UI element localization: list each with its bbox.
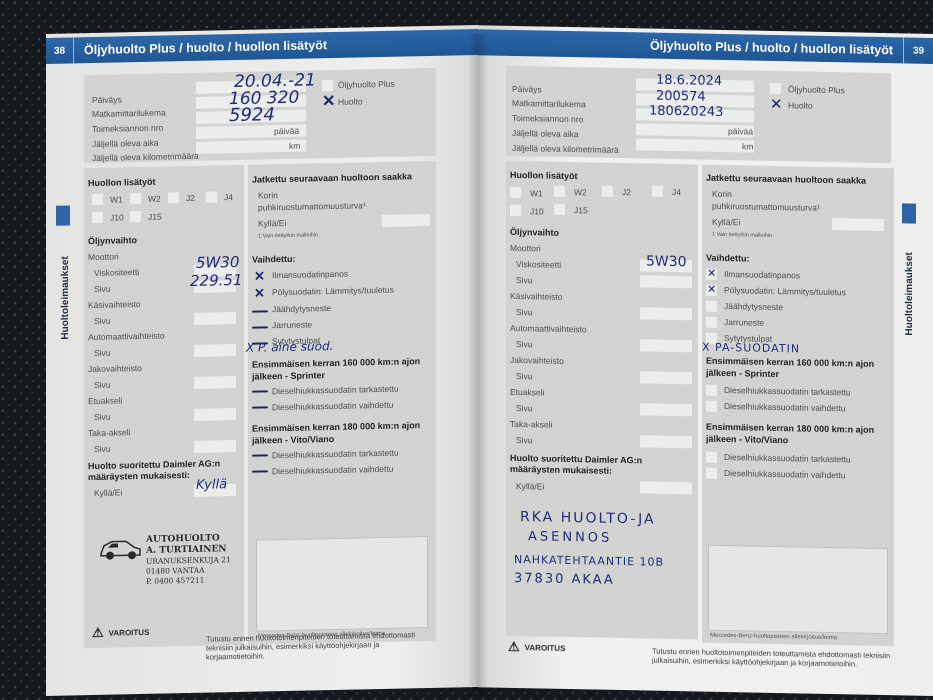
page-title: Öljyhuolto Plus / huolto / huollon lisät…	[650, 39, 893, 58]
brake-fluid-dash-mark	[252, 326, 268, 328]
transfer-case-page-field[interactable]	[640, 371, 692, 384]
warning-label: VAROITUS	[109, 627, 150, 637]
j10-checkbox[interactable]	[510, 205, 521, 216]
page-title: Öljyhuolto Plus / huolto / huollon lisät…	[74, 38, 327, 57]
footer-text: Tutustu ennen huoltotoimenpiteiden toteu…	[206, 630, 436, 662]
workshop-stamp: AUTOHUOLTO A. TURTIAINEN URANUKSENKUJA 2…	[146, 533, 231, 587]
viscosity-label: Viskositeetti	[94, 267, 139, 278]
front-axle-page-field[interactable]	[640, 403, 692, 416]
brake-fluid-label: Jarruneste	[272, 319, 312, 330]
footnote: 1 Vain tiettyihin malleihin.	[712, 232, 774, 239]
engine-page-handwritten: 229.51	[190, 271, 243, 290]
daimler-yes-no-field[interactable]	[640, 481, 692, 494]
coolant-checkbox[interactable]	[706, 301, 717, 312]
date-handwritten: 18.6.2024	[656, 73, 722, 89]
rust-warranty-label: Korin puhkiruostumattomuusturva¹	[712, 188, 822, 214]
handwritten-note: X P. aine suod.	[246, 339, 333, 355]
cabin-filter-x-mark: ✕	[707, 285, 716, 296]
vito-dpf-replaced-checkbox[interactable]	[706, 468, 717, 479]
service-checkmark-x: ✕	[770, 99, 783, 110]
viscosity-label: Viskositeetti	[516, 259, 561, 270]
transfer-case-page-field[interactable]	[194, 376, 236, 389]
remaining-time-label: Jäljellä oleva aika	[92, 138, 159, 149]
top-fields-panel: Päiväys Matkamittarilukema Toimeksiannon…	[506, 66, 891, 163]
engine-page-label: Sivu	[516, 275, 533, 285]
remaining-km-label: Jäljellä oleva kilometrimäärä	[92, 151, 199, 163]
oil-service-plus-checkbox[interactable]	[322, 80, 333, 91]
w2-checkbox[interactable]	[130, 193, 141, 204]
j4-checkbox[interactable]	[652, 186, 663, 197]
w2-checkbox[interactable]	[554, 186, 565, 197]
transfer-case-label: Jakovaihteisto	[510, 355, 564, 366]
j15-label: J15	[148, 212, 162, 222]
rear-axle-label: Taka-akseli	[88, 427, 131, 438]
section-tab-label: Huoltoleimaukset	[60, 256, 71, 340]
order-number-label: Toimeksiannon nro	[92, 123, 163, 134]
j10-checkbox[interactable]	[92, 212, 103, 223]
warning-triangle-icon: ⚠	[508, 639, 520, 655]
manual-gearbox-page-field[interactable]	[194, 312, 236, 325]
transfer-case-label: Jakovaihteisto	[88, 363, 142, 374]
warning: ⚠ VAROITUS	[92, 624, 149, 641]
oil-service-plus-label: Öljyhuolto Plus	[788, 84, 845, 95]
continued-title: Jatkettu seuraavaan huoltoon saakka	[252, 171, 412, 184]
page-38: 38 Öljyhuolto Plus / huolto / huollon li…	[46, 25, 478, 696]
w1-label: W1	[110, 194, 123, 204]
automatic-gearbox-page-field[interactable]	[194, 344, 236, 357]
rear-axle-label: Taka-akseli	[510, 419, 553, 430]
workshop-handwritten-line3: NAHKATEHTAANTIE 10B	[514, 553, 664, 569]
j2-checkbox[interactable]	[168, 192, 179, 203]
car-stamp-icon	[98, 535, 142, 562]
rear-axle-page-field[interactable]	[640, 435, 692, 448]
j2-label: J2	[622, 187, 631, 197]
km-unit: km	[742, 141, 753, 151]
air-filter-label: Ilmansuodatinpanos	[272, 269, 348, 281]
engine-page-label: Sivu	[94, 284, 111, 294]
page-number: 39	[903, 37, 933, 64]
warning: ⚠ VAROITUS	[508, 639, 565, 656]
extra-work-title: Huollon lisätyöt	[510, 170, 578, 181]
rust-warranty-field[interactable]	[832, 218, 884, 231]
replaced-title: Vaihdettu:	[252, 254, 296, 265]
daimler-handwritten: Kyllä	[196, 477, 227, 493]
date-label: Päiväys	[512, 84, 542, 95]
sprinter-title: Ensimmäisen kerran 160 000 km:n ajon jäl…	[706, 355, 892, 383]
j15-checkbox[interactable]	[130, 211, 141, 222]
extra-work-panel: Huollon lisätyöt W1 W2 J2 J4 J10 J15 Ölj…	[506, 161, 698, 640]
days-unit: päivää	[274, 126, 299, 137]
workshop-handwritten-line2: ASENNOS	[528, 529, 612, 546]
section-tab-marker	[56, 205, 70, 225]
workshop-handwritten-line4: 37830 AKAA	[514, 571, 615, 588]
extra-work-title: Huollon lisätyöt	[88, 177, 156, 188]
stamp-phone: P. 0400 457211	[146, 575, 231, 587]
footnote: 1 Vain tiettyihin malleihin.	[258, 232, 320, 239]
w1-checkbox[interactable]	[510, 187, 521, 198]
page-header: Öljyhuolto Plus / huolto / huollon lisät…	[478, 29, 933, 64]
dpf-inspected-label: Dieselhiukkassuodatin tarkastettu	[272, 384, 399, 397]
air-filter-x-mark: ✕	[254, 270, 265, 281]
vito-title: Ensimmäisen kerran 180 000 km:n ajon jäl…	[706, 421, 892, 449]
dpf-replaced-label: Dieselhiukkassuodatin vaihdettu	[272, 400, 393, 413]
page-header: 38 Öljyhuolto Plus / huolto / huollon li…	[46, 29, 478, 64]
coolant-label: Jäähdytysneste	[272, 303, 331, 314]
rust-warranty-label: Korin puhkiruostumattomuusturva¹	[258, 187, 368, 213]
transfer-case-page-label: Sivu	[94, 380, 111, 390]
remaining-time-label: Jäljellä oleva aika	[512, 128, 579, 139]
j10-label: J10	[110, 212, 124, 222]
continued-panel: Jatkettu seuraavaan huoltoon saakka Kori…	[702, 165, 894, 647]
vito-dpf-replaced-label: Dieselhiukkassuodatin vaihdettu	[272, 464, 393, 477]
air-filter-label: Ilmansuodatinpanos	[724, 269, 800, 280]
remaining-km-label: Jäljellä oleva kilometrimäärä	[512, 143, 619, 155]
air-filter-x-mark: ✕	[707, 269, 716, 280]
j10-label: J10	[530, 206, 544, 216]
order-number-label: Toimeksiannon nro	[512, 113, 583, 124]
engine-label: Moottori	[510, 243, 541, 254]
service-label: Huolto	[338, 96, 363, 107]
km-unit: km	[289, 141, 300, 151]
section-tab-marker	[902, 203, 916, 223]
warning-label: VAROITUS	[525, 643, 566, 653]
odometer-label: Matkamittarilukema	[92, 107, 166, 119]
order-number-handwritten: 180620243	[649, 104, 723, 120]
replaced-title: Vaihdettu:	[706, 253, 750, 264]
brake-fluid-checkbox[interactable]	[706, 317, 717, 328]
manual-gearbox-label: Käsivaihteisto	[88, 299, 140, 310]
vito-dpf-replaced-label: Dieselhiukkassuodatin vaihdettu	[724, 468, 845, 480]
j2-label: J2	[186, 193, 195, 203]
engine-label: Moottori	[88, 251, 119, 262]
automatic-gearbox-label: Automaattivaihteisto	[88, 331, 165, 343]
rear-axle-page-label: Sivu	[94, 444, 111, 454]
rust-warranty-yes-no-label: Kyllä/Ei	[258, 218, 286, 229]
manual-gearbox-page-field[interactable]	[640, 307, 692, 320]
w2-label: W2	[148, 194, 161, 204]
coolant-label: Jäähdytysneste	[724, 301, 783, 312]
front-axle-page-field[interactable]	[194, 408, 236, 421]
manual-gearbox-page-label: Sivu	[516, 307, 533, 317]
vito-dpf-inspected-label: Dieselhiukkassuodatin tarkastettu	[724, 452, 851, 464]
odometer-handwritten: 200574	[656, 89, 706, 105]
page-number: 38	[46, 37, 74, 64]
front-axle-page-label: Sivu	[94, 412, 111, 422]
cabin-filter-label: Pölysuodatin: Lämmitys/tuuletus	[272, 285, 394, 298]
top-fields-panel: Päiväys Matkamittarilukema Toimeksiannon…	[84, 68, 436, 163]
dpf-inspected-dash-mark	[252, 390, 268, 392]
dpf-replaced-checkbox[interactable]	[706, 401, 717, 412]
rust-warranty-yes-no-label: Kyllä/Ei	[712, 217, 740, 228]
order-number-handwritten: 5924	[229, 104, 275, 126]
footer-text: Tutustu ennen huoltotoimenpiteiden toteu…	[652, 647, 892, 670]
cabin-filter-x-mark: ✕	[254, 287, 265, 298]
dpf-replaced-label: Dieselhiukkassuodatin vaihdettu	[724, 401, 845, 413]
viscosity-handwritten: 5W30	[646, 253, 687, 270]
cabin-filter-label: Pölysuodatin: Lämmitys/tuuletus	[724, 285, 846, 297]
dpf-inspected-label: Dieselhiukkassuodatin tarkastettu	[724, 385, 851, 397]
j2-checkbox[interactable]	[602, 186, 613, 197]
rear-axle-page-label: Sivu	[516, 435, 533, 445]
viscosity-handwritten: 5W30	[196, 253, 239, 272]
manual-gearbox-label: Käsivaihteisto	[510, 291, 562, 302]
date-label: Päiväys	[92, 94, 122, 105]
continued-title: Jatkettu seuraavaan huoltoon saakka	[706, 173, 866, 186]
j15-label: J15	[574, 205, 588, 215]
vito-dpf-replaced-dash-mark	[252, 470, 268, 472]
continued-panel: Jatkettu seuraavaan huoltoon saakka Kori…	[248, 161, 436, 645]
extra-work-panel: Huollon lisätyöt W1 W2 J2 J4 J10 J15 Ölj…	[84, 165, 244, 648]
front-axle-label: Etuakseli	[88, 395, 123, 406]
handwritten-note: X PA-SUODATIN	[702, 341, 800, 356]
vito-dpf-inspected-dash-mark	[252, 454, 268, 456]
service-booklet: 38 Öljyhuolto Plus / huolto / huollon li…	[40, 34, 933, 696]
w1-label: W1	[530, 188, 543, 198]
manual-gearbox-page-label: Sivu	[94, 316, 111, 326]
service-label: Huolto	[788, 100, 813, 110]
remaining-km-field[interactable]	[636, 138, 754, 152]
signature-box[interactable]	[708, 545, 888, 634]
oil-service-plus-label: Öljyhuolto Plus	[338, 79, 395, 90]
automatic-gearbox-page-label: Sivu	[516, 339, 533, 349]
j4-label: J4	[224, 192, 233, 202]
daimler-yes-no-label: Kyllä/Ei	[516, 481, 544, 492]
engine-page-field[interactable]	[640, 275, 692, 288]
transfer-case-page-label: Sivu	[516, 371, 533, 381]
dpf-replaced-dash-mark	[252, 406, 268, 408]
j4-checkbox[interactable]	[206, 191, 217, 202]
automatic-gearbox-label: Automaattivaihteisto	[510, 323, 587, 334]
signature-caption: Mercedes-Benz-huoltopisteen allekirjoitu…	[710, 633, 837, 641]
coolant-dash-mark	[252, 310, 268, 312]
daimler-compliance-title: Huolto suoritettu Daimler AG:n määräyste…	[510, 453, 690, 478]
dpf-inspected-checkbox[interactable]	[706, 385, 717, 396]
section-tab-label: Huoltoleimaukset	[904, 252, 915, 336]
service-checkmark-x: ✕	[322, 96, 335, 107]
w2-label: W2	[574, 187, 587, 197]
rear-axle-page-field[interactable]	[194, 440, 236, 453]
automatic-gearbox-page-field[interactable]	[640, 339, 692, 352]
sprinter-title: Ensimmäisen kerran 160 000 km:n ajon jäl…	[252, 355, 432, 383]
rust-warranty-field[interactable]	[382, 214, 430, 227]
w1-checkbox[interactable]	[92, 194, 103, 205]
signature-box[interactable]	[256, 536, 428, 632]
j4-label: J4	[672, 187, 681, 197]
front-axle-page-label: Sivu	[516, 403, 533, 413]
j15-checkbox[interactable]	[554, 204, 565, 215]
brake-fluid-label: Jarruneste	[724, 317, 764, 328]
oil-service-plus-checkbox[interactable]	[770, 83, 781, 94]
oil-change-title: Öljynvaihto	[88, 235, 137, 246]
odometer-label: Matkamittarilukema	[512, 98, 586, 109]
days-unit: päivää	[728, 126, 753, 136]
vito-title: Ensimmäisen kerran 180 000 km:n ajon jäl…	[252, 419, 432, 447]
vito-dpf-inspected-label: Dieselhiukkassuodatin tarkastettu	[272, 448, 399, 461]
daimler-yes-no-label: Kyllä/Ei	[94, 487, 122, 498]
vito-dpf-inspected-checkbox[interactable]	[706, 452, 717, 463]
front-axle-label: Etuakseli	[510, 387, 545, 398]
automatic-gearbox-page-label: Sivu	[94, 348, 111, 358]
workshop-handwritten-line1: RKA HUOLTO-JA	[520, 509, 656, 528]
warning-triangle-icon: ⚠	[92, 625, 104, 641]
oil-change-title: Öljynvaihto	[510, 227, 559, 238]
page-39: Öljyhuolto Plus / huolto / huollon lisät…	[478, 25, 933, 696]
